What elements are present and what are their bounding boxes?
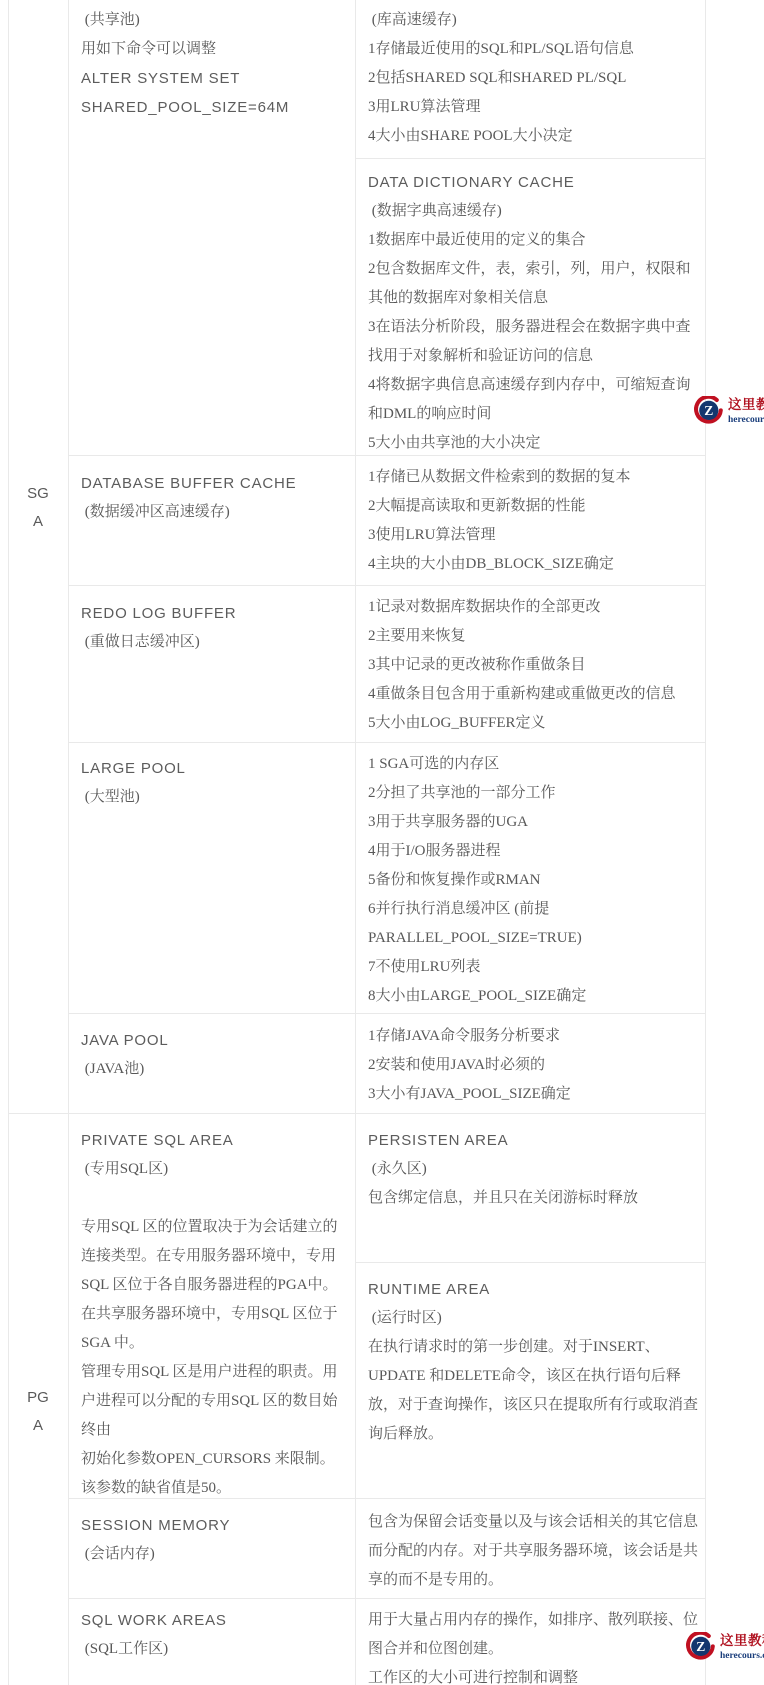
cell-runtime-area: RUNTIME AREA (运行时区)在执行请求时的第一步创建。对于INSERT… xyxy=(355,1262,705,1449)
text-line: 3其中记录的更改被称作重做条目 xyxy=(368,651,699,680)
text-line: 1存储JAVA命令服务分析要求 xyxy=(368,1022,699,1051)
text-line: REDO LOG BUFFER xyxy=(81,599,349,628)
text-line: 4将数据字典信息高速缓存到内存中，可缩短查询和DML的响应时间 xyxy=(368,371,699,429)
cell-sql-work-areas: SQL WORK AREAS (SQL工作区) xyxy=(68,1598,355,1664)
text-line: 2安装和使用JAVA时必须的 xyxy=(368,1051,699,1080)
text-line: 3使用LRU算法管理 xyxy=(368,521,699,550)
text-line: 2大幅提高读取和更新数据的性能 xyxy=(368,492,699,521)
cell-large-pool: LARGE POOL (大型池) xyxy=(68,742,355,812)
text-line: 2包括SHARED SQL和SHARED PL/SQL xyxy=(368,64,699,93)
text-line: 2主要用来恢复 xyxy=(368,622,699,651)
watermark-brand: 这里教程网 xyxy=(720,1634,764,1649)
text-line: 2分担了共享池的一部分工作 xyxy=(368,779,699,808)
text-line: SQL WORK AREAS xyxy=(81,1606,349,1635)
cell-sql-work-areas-desc: 用于大量占用内存的操作，如排序、散列联接、位图合并和位图创建。工作区的大小可进行… xyxy=(355,1598,705,1685)
watermark-text: 这里教程网 herecours.com xyxy=(720,1634,764,1661)
text-line: (大型池) xyxy=(81,783,349,812)
watermark-text: 这里教程网 herecours.com xyxy=(728,398,764,425)
text-line: (运行时区) xyxy=(368,1304,699,1333)
text-line: (数据字典高速缓存) xyxy=(368,197,699,226)
cell-data-dictionary-cache: DATA DICTIONARY CACHE (数据字典高速缓存)1数据库中最近使… xyxy=(355,158,705,458)
text-line: 1记录对数据库数据块作的全部更改 xyxy=(368,593,699,622)
text-line: 1数据库中最近使用的定义的集合 xyxy=(368,226,699,255)
text-line: (永久区) xyxy=(368,1155,699,1184)
text-line: 1存储已从数据文件检索到的数据的复本 xyxy=(368,463,699,492)
text-line: SG xyxy=(8,480,68,508)
text-line: 包含绑定信息，并且只在关闭游标时释放 xyxy=(368,1184,699,1213)
text-line: 4主块的大小由DB_BLOCK_SIZE确定 xyxy=(368,550,699,579)
cell-session-memory-desc: 包含为保留会话变量以及与该会话相关的其它信息而分配的内存。对于共享服务器环境，该… xyxy=(355,1498,705,1595)
text-line: 4重做条目包含用于重新构建或重做更改的信息 xyxy=(368,680,699,709)
logo-letter: Z xyxy=(696,1639,705,1654)
text-line: DATA DICTIONARY CACHE xyxy=(368,168,699,197)
text-line: 4大小由SHARE POOL大小决定 xyxy=(368,122,699,151)
text-line: 1 SGA可选的内存区 xyxy=(368,750,699,779)
text-line: 初始化参数OPEN_CURSORS 来限制。该参数的缺省值是50。 xyxy=(81,1445,349,1503)
cell-database-buffer-cache-desc: 1存储已从数据文件检索到的数据的复本2大幅提高读取和更新数据的性能3使用LRU算… xyxy=(355,455,705,579)
text-line: 5大小由共享池的大小决定 xyxy=(368,429,699,458)
cell-redo-log-buffer-desc: 1记录对数据库数据块作的全部更改2主要用来恢复3其中记录的更改被称作重做条目4重… xyxy=(355,585,705,738)
watermark-domain: herecours.com xyxy=(728,415,764,425)
text-line: 6并行执行消息缓冲区 (前提PARALLEL_POOL_SIZE=TRUE) xyxy=(368,895,699,953)
page: SGA PGA (共享池)用如下命令可以调整ALTER SYSTEM SETSH… xyxy=(0,0,764,1685)
text-line: LARGE POOL xyxy=(81,754,349,783)
text-line: PG xyxy=(8,1384,68,1412)
text-line: (JAVA池) xyxy=(81,1055,349,1084)
memory-structure-table: SGA PGA (共享池)用如下命令可以调整ALTER SYSTEM SETSH… xyxy=(8,0,705,1685)
row-group-label-sga: SGA xyxy=(8,480,68,536)
watermark-brand: 这里教程网 xyxy=(728,398,764,413)
text-line: (库高速缓存) xyxy=(368,6,699,35)
site-logo-icon: Z xyxy=(692,396,724,428)
text-line: 用于大量占用内存的操作，如排序、散列联接、位图合并和位图创建。 xyxy=(368,1606,699,1664)
cell-private-sql-area: PRIVATE SQL AREA (专用SQL区)专用SQL 区的位置取决于为会… xyxy=(68,1113,355,1503)
text-line: SESSION MEMORY xyxy=(81,1511,349,1540)
cell-database-buffer-cache: DATABASE BUFFER CACHE (数据缓冲区高速缓存) xyxy=(68,455,355,527)
cell-session-memory: SESSION MEMORY (会话内存) xyxy=(68,1498,355,1569)
cell-redo-log-buffer: REDO LOG BUFFER (重做日志缓冲区) xyxy=(68,585,355,657)
text-line: 1存储最近使用的SQL和PL/SQL语句信息 xyxy=(368,35,699,64)
text-line: A xyxy=(8,1412,68,1440)
cell-java-pool-desc: 1存储JAVA命令服务分析要求2安装和使用JAVA时必须的3大小有JAVA_PO… xyxy=(355,1013,705,1109)
text-line: 7不使用LRU列表 xyxy=(368,953,699,982)
text-line: RUNTIME AREA xyxy=(368,1275,699,1304)
text-line: 5大小由LOG_BUFFER定义 xyxy=(368,709,699,738)
site-watermark-top: Z 这里教程网 herecours.com xyxy=(692,396,764,428)
text-line: 专用SQL 区的位置取决于为会话建立的连接类型。在专用服务器环境中，专用SQL … xyxy=(81,1213,349,1358)
text-line: A xyxy=(8,508,68,536)
text-line: 在执行请求时的第一步创建。对于INSERT、UPDATE 和DELETE命令，该… xyxy=(368,1333,699,1449)
text-line: 2包含数据库文件，表，索引，列，用户，权限和其他的数据库对象相关信息 xyxy=(368,255,699,313)
text-line: 8大小由LARGE_POOL_SIZE确定 xyxy=(368,982,699,1011)
site-watermark-bottom: Z 这里教程网 herecours.com xyxy=(684,1632,764,1664)
cell-library-cache: (库高速缓存)1存储最近使用的SQL和PL/SQL语句信息2包括SHARED S… xyxy=(355,0,705,151)
text-line: 4用于I/O服务器进程 xyxy=(368,837,699,866)
cell-large-pool-desc: 1 SGA可选的内存区2分担了共享池的一部分工作3用于共享服务器的UGA4用于I… xyxy=(355,742,705,1011)
text-line: (数据缓冲区高速缓存) xyxy=(81,498,349,527)
text-line: 用如下命令可以调整 xyxy=(81,35,349,64)
text-line: (重做日志缓冲区) xyxy=(81,628,349,657)
text-line: ALTER SYSTEM SET xyxy=(81,64,349,93)
text-line: 包含为保留会话变量以及与该会话相关的其它信息而分配的内存。对于共享服务器环境，该… xyxy=(368,1508,699,1595)
cell-shared-pool: (共享池)用如下命令可以调整ALTER SYSTEM SETSHARED_POO… xyxy=(68,0,355,122)
text-line: (共享池) xyxy=(81,6,349,35)
text-line xyxy=(81,1184,349,1213)
text-line: 管理专用SQL 区是用户进程的职责。用户进程可以分配的专用SQL 区的数目始终由 xyxy=(81,1358,349,1445)
text-line: PRIVATE SQL AREA xyxy=(81,1126,349,1155)
row-group-label-pga: PGA xyxy=(8,1384,68,1440)
watermark-domain: herecours.com xyxy=(720,1651,764,1661)
text-line: (会话内存) xyxy=(81,1540,349,1569)
cell-persisten-area: PERSISTEN AREA (永久区)包含绑定信息，并且只在关闭游标时释放 xyxy=(355,1113,705,1213)
text-line: 3用LRU算法管理 xyxy=(368,93,699,122)
logo-letter: Z xyxy=(704,403,713,418)
text-line: 3大小有JAVA_POOL_SIZE确定 xyxy=(368,1080,699,1109)
text-line: (专用SQL区) xyxy=(81,1155,349,1184)
site-logo-icon: Z xyxy=(684,1632,716,1664)
text-line: (SQL工作区) xyxy=(81,1635,349,1664)
text-line: 3在语法分析阶段，服务器进程会在数据字典中查找用于对象解析和验证访问的信息 xyxy=(368,313,699,371)
text-line: DATABASE BUFFER CACHE xyxy=(81,469,349,498)
table-border-right xyxy=(705,0,706,1685)
text-line: PERSISTEN AREA xyxy=(368,1126,699,1155)
cell-java-pool: JAVA POOL (JAVA池) xyxy=(68,1013,355,1084)
text-line: 工作区的大小可进行控制和调整 xyxy=(368,1664,699,1685)
text-line: 5备份和恢复操作或RMAN xyxy=(368,866,699,895)
text-line: 3用于共享服务器的UGA xyxy=(368,808,699,837)
text-line: JAVA POOL xyxy=(81,1026,349,1055)
text-line: SHARED_POOL_SIZE=64M xyxy=(81,93,349,122)
